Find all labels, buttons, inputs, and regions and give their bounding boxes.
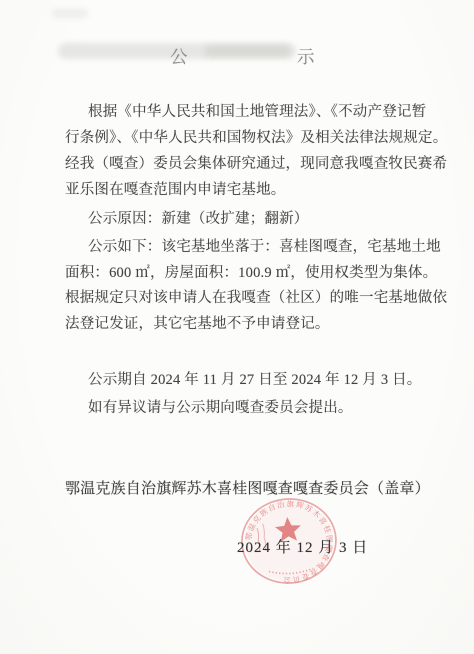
issuer-signature: 鄂温克族自治旗辉苏木喜桂图嘎查嘎查委员会（盖章） [65, 477, 430, 498]
body-line: 公示期自 2024 年 11 月 27 日至 2024 年 12 月 3 日。 [88, 370, 422, 390]
body-line: 经我（嘎查）委员会集体研究通过，现同意我嘎查牧民赛希 [65, 154, 447, 174]
body-line: 行条例》、《中华人民共和国物权法》及相关法律法规规定。 [65, 128, 447, 148]
body-line: 如有异议请与公示期向嘎查委员会提出。 [88, 398, 353, 418]
body-line: 亚乐图在嘎查范围内申请宅基地。 [65, 180, 286, 200]
scan-smudge [205, 45, 290, 57]
page-title: 示 [297, 44, 315, 69]
issue-date: 2024 年 12 月 3 日 [237, 536, 368, 557]
body-line: 根据规定只对该申请人在我嘎查（社区）的唯一宅基地做依 [65, 288, 447, 308]
page-title: 公 [170, 44, 188, 69]
body-line: 公示如下：该宅基地坐落于：喜桂图嘎查，宅基地土地 [88, 237, 441, 257]
notice-page: 公 示 根据《中华人民共和国土地管理法》、《不动产登记暂 行条例》、《中华人民共… [0, 0, 474, 654]
scan-smudge [52, 9, 88, 18]
body-line: 根据《中华人民共和国土地管理法》、《不动产登记暂 [88, 102, 426, 122]
body-line: 公示原因：新建（改扩建；翻新） [88, 209, 309, 229]
body-line: 面积：600 ㎡，房屋面积：100.9 ㎡，使用权类型为集体。 [65, 263, 437, 283]
body-line: 法登记发证，其它宅基地不予申请登记。 [65, 314, 330, 334]
